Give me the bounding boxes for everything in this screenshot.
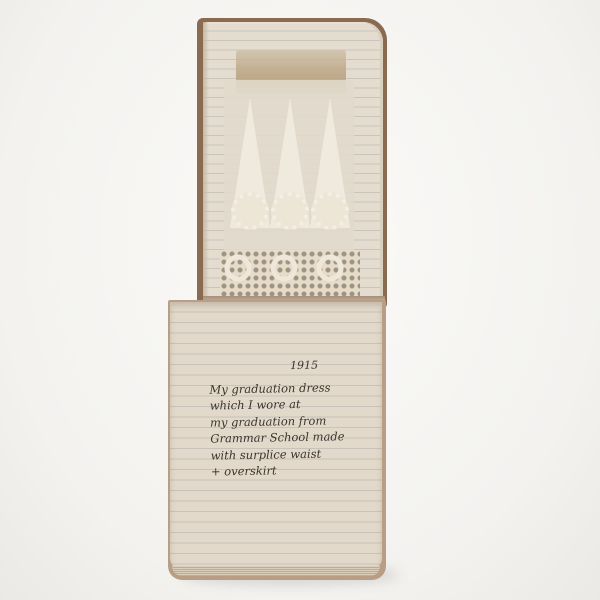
lace-flower-motif: [311, 192, 349, 230]
lace-flower-motif: [271, 192, 309, 230]
lace-fabric-swatch: [220, 50, 360, 302]
note-year: 1915: [209, 356, 389, 376]
handwritten-note: 1915 My graduation dress which I wore at…: [209, 356, 391, 480]
lace-flower-motif: [231, 192, 269, 230]
lace-scroll-border: [220, 250, 360, 302]
page-edges: [172, 566, 380, 576]
note-line: + overskirt: [211, 460, 391, 480]
